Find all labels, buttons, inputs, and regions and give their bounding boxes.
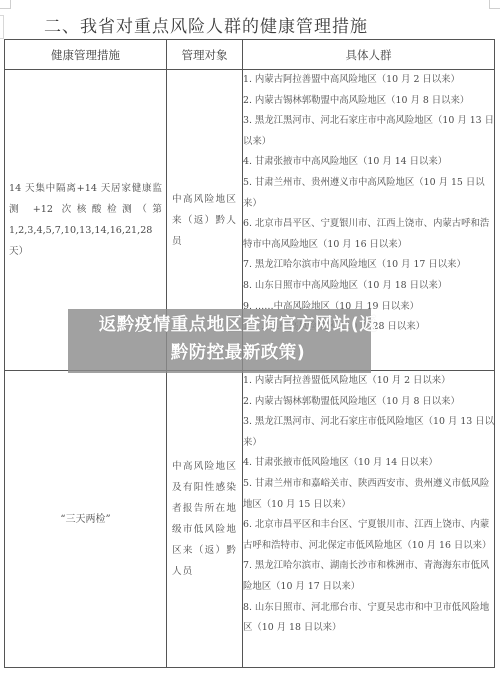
people-item: 3. 黑龙江黑河市、河北石家庄市中高风险地区（10 月 13 日以来） xyxy=(243,111,494,152)
people-item: 7. 黑龙江哈尔滨市中高风险地区（10 月 17 日以来） xyxy=(243,255,494,276)
people-item: 4. 甘肃张掖市低风险地区（10 月 14 日以来） xyxy=(243,453,494,474)
target-cell: 中高风险地区及有阳性感染者报告所在地级市低风险地区来（返）黔人员 xyxy=(167,371,243,668)
header-people: 具体人群 xyxy=(243,40,495,70)
people-item: 6. 北京市昌平区、宁夏银川市、江西上饶市、内蒙古呼和浩特市中高风险地区（10 … xyxy=(243,214,494,255)
people-item: 1. 内蒙古阿拉善盟中高风险地区（10 月 2 日以来） xyxy=(243,70,494,91)
measure-cell: “三天两检” xyxy=(5,371,167,668)
people-item: 1. 内蒙古阿拉善盟低风险地区（10 月 2 日以来） xyxy=(243,371,494,392)
measure-text: “三天两检” xyxy=(5,509,166,530)
measure-text: 14 天集中隔离+14 天居家健康监测 +12 次核酸检测（第 1,2,3,4,… xyxy=(5,178,166,262)
people-item: 4. 甘肃张掖市中高风险地区（10 月 14 日以来） xyxy=(243,152,494,173)
people-item: 3. 黑龙江黑河市、河北石家庄市低风险地区（10 月 13 日以来） xyxy=(243,412,494,453)
header-measure: 健康管理措施 xyxy=(5,40,167,70)
people-item: 8. 山东日照市、河北邢台市、宁夏吴忠市和中卫市低风险地区（10 月 18 日以… xyxy=(243,598,494,639)
people-item: 2. 内蒙古锡林郭勒盟低风险地区（10 月 8 日以来） xyxy=(243,392,494,413)
target-text: 中高风险地区来（返）黔人员 xyxy=(167,189,242,252)
page-corner-mark-left xyxy=(0,0,11,9)
people-item: 6. 北京市昌平区和丰台区、宁夏银川市、江西上饶市、内蒙古呼和浩特市、河北保定市… xyxy=(243,515,494,556)
people-cell: 1. 内蒙古阿拉善盟低风险地区（10 月 2 日以来） 2. 内蒙古锡林郭勒盟低… xyxy=(243,371,495,668)
caption-line-2: 黔防控最新政策) xyxy=(68,339,408,367)
caption-overlay: 返黔疫情重点地区查询官方网站(返 黔防控最新政策) xyxy=(68,311,408,367)
target-text: 中高风险地区及有阳性感染者报告所在地级市低风险地区来（返）黔人员 xyxy=(167,456,242,582)
page-side-mark xyxy=(0,15,4,39)
people-item: 5. 甘肃兰州市、贵州遵义市中高风险地区（10 月 15 日以来） xyxy=(243,173,494,214)
people-item: 8. 山东日照市中高风险地区（10 月 18 日以来） xyxy=(243,276,494,297)
caption-line-1: 返黔疫情重点地区查询官方网站(返 xyxy=(68,311,408,339)
page-corner-mark-right xyxy=(489,0,500,9)
table-header-row: 健康管理措施 管理对象 具体人群 xyxy=(5,40,495,70)
table-row-low-risk: “三天两检” 中高风险地区及有阳性感染者报告所在地级市低风险地区来（返）黔人员 … xyxy=(5,371,495,668)
people-item: 2. 内蒙古锡林郭勒盟中高风险地区（10 月 8 日以来） xyxy=(243,91,494,112)
header-target: 管理对象 xyxy=(167,40,243,70)
section-title: 二、我省对重点风险人群的健康管理措施 xyxy=(44,12,368,37)
people-item: 7. 黑龙江哈尔滨市、湖南长沙市和株洲市、青海海东市低风险地区（10 月 17 … xyxy=(243,556,494,597)
people-item: 5. 甘肃兰州市和嘉峪关市、陕西西安市、贵州遵义市低风险地区（10 月 15 日… xyxy=(243,474,494,515)
